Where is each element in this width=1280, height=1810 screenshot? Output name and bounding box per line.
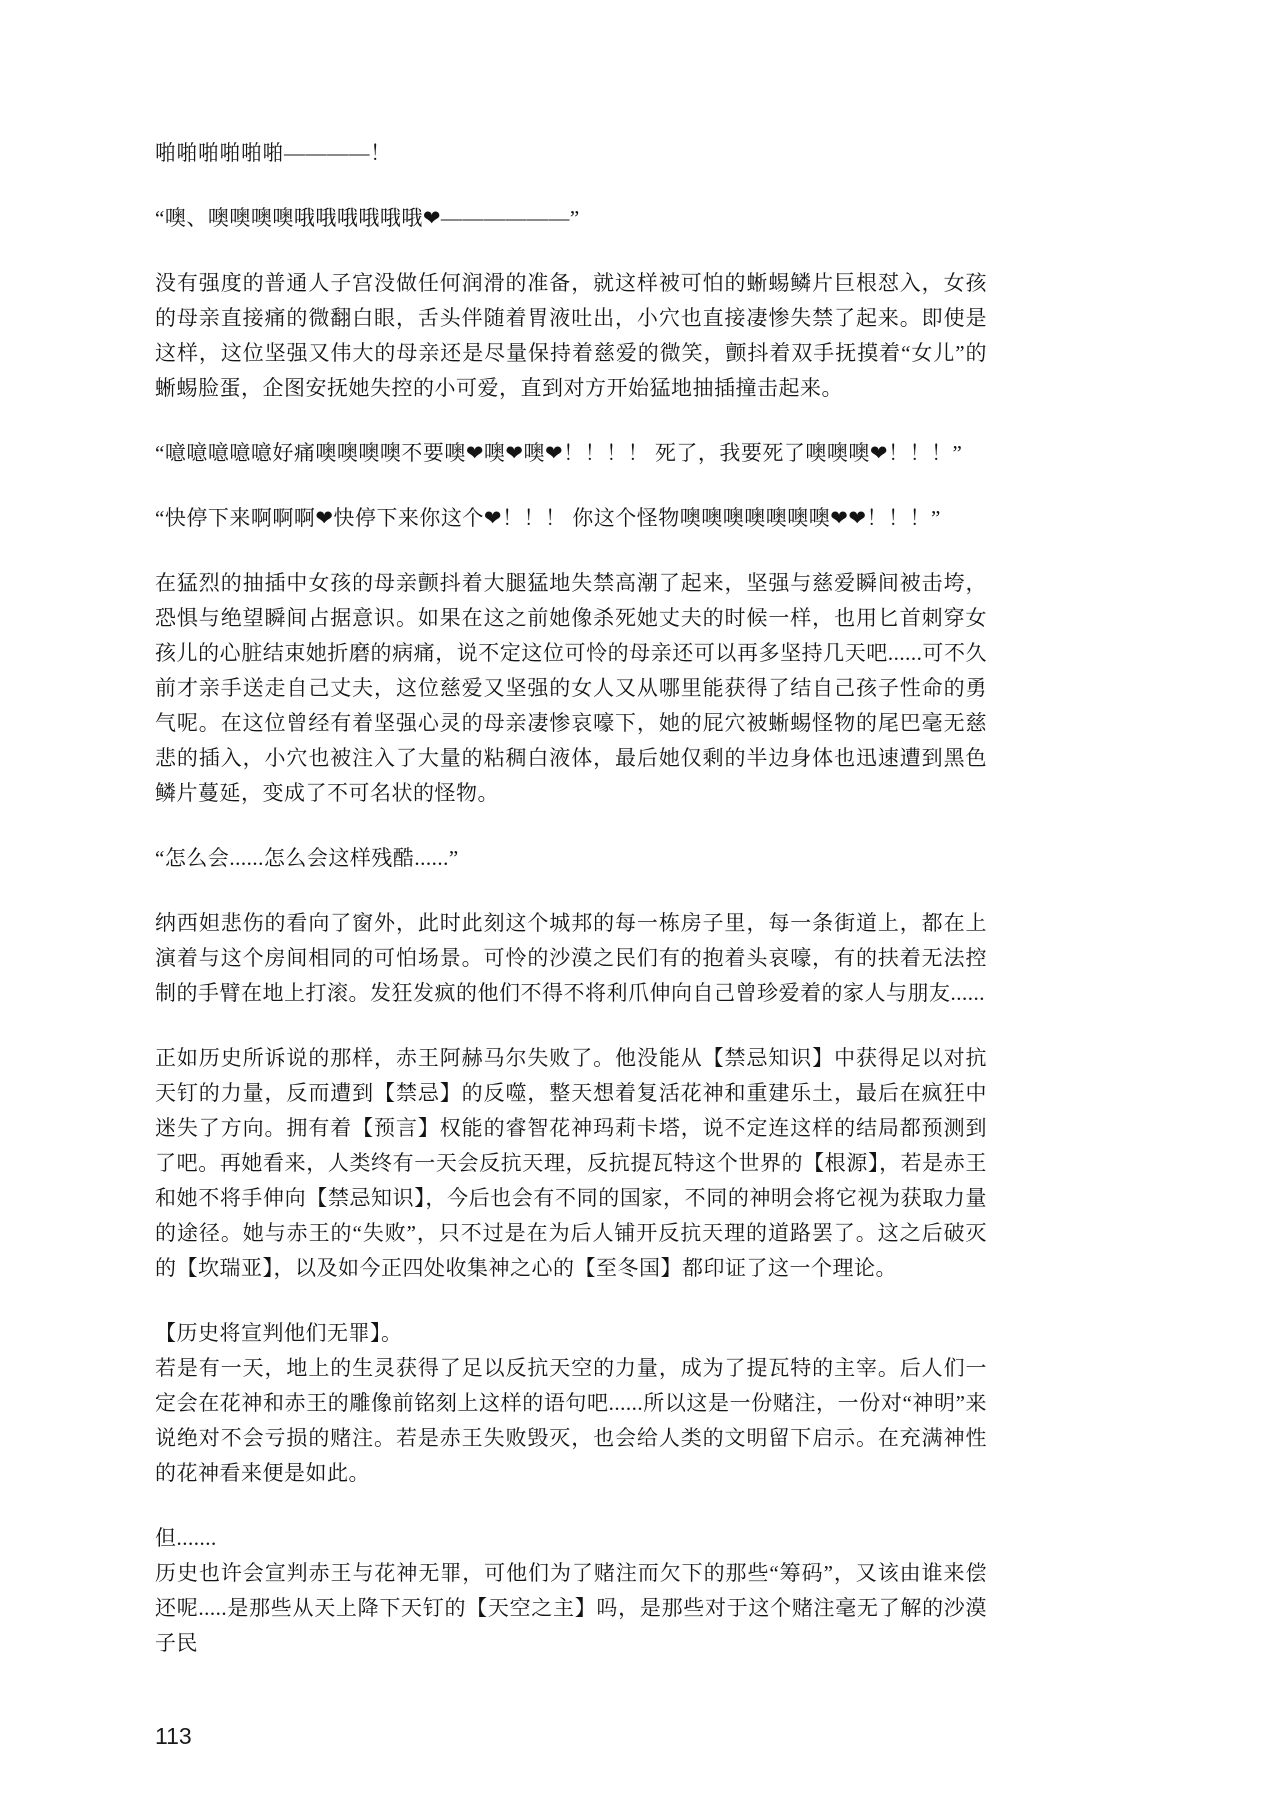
paragraph: “快停下来啊啊啊❤快停下来你这个❤！！！ 你这个怪物噢噢噢噢噢噢噢❤❤！！！”	[155, 501, 987, 536]
paragraph: 【历史将宣判他们无罪】。若是有一天，地上的生灵获得了足以反抗天空的力量，成为了提…	[155, 1316, 987, 1491]
paragraph: 啪啪啪啪啪啪————！	[155, 136, 987, 171]
paragraph: “怎么会......怎么会这样残酷......”	[155, 841, 987, 876]
paragraph-line: 【历史将宣判他们无罪】。	[155, 1316, 987, 1351]
paragraph-line: “噢、噢噢噢噢哦哦哦哦哦哦❤——————”	[155, 201, 987, 236]
paragraph-line: 正如历史所诉说的那样，赤王阿赫马尔失败了。他没能从【禁忌知识】中获得足以对抗天钉…	[155, 1041, 987, 1286]
paragraph: 但.......历史也许会宣判赤王与花神无罪，可他们为了赌注而欠下的那些“筹码”…	[155, 1521, 987, 1661]
paragraph-line: 纳西妲悲伤的看向了窗外，此时此刻这个城邦的每一栋房子里，每一条街道上，都在上演着…	[155, 906, 987, 1011]
paragraph: 没有强度的普通人子宫没做任何润滑的准备，就这样被可怕的蜥蜴鳞片巨根怼入，女孩的母…	[155, 266, 987, 406]
paragraph: 纳西妲悲伤的看向了窗外，此时此刻这个城邦的每一栋房子里，每一条街道上，都在上演着…	[155, 906, 987, 1011]
page-number: 113	[155, 1723, 192, 1750]
paragraph-line: “快停下来啊啊啊❤快停下来你这个❤！！！ 你这个怪物噢噢噢噢噢噢噢❤❤！！！”	[155, 501, 987, 536]
paragraph-line: 历史也许会宣判赤王与花神无罪，可他们为了赌注而欠下的那些“筹码”，又该由谁来偿还…	[155, 1556, 987, 1661]
paragraph-line: “怎么会......怎么会这样残酷......”	[155, 841, 987, 876]
paragraph-line: 在猛烈的抽插中女孩的母亲颤抖着大腿猛地失禁高潮了起来，坚强与慈爱瞬间被击垮，恐惧…	[155, 566, 987, 811]
paragraph: “噫噫噫噫噫好痛噢噢噢噢不要噢❤噢❤噢❤！！！！ 死了，我要死了噢噢噢❤！！！”	[155, 436, 987, 471]
text-body: 啪啪啪啪啪啪————！“噢、噢噢噢噢哦哦哦哦哦哦❤——————”没有强度的普通人…	[155, 136, 987, 1691]
paragraph-line: 但.......	[155, 1521, 987, 1556]
paragraph: 在猛烈的抽插中女孩的母亲颤抖着大腿猛地失禁高潮了起来，坚强与慈爱瞬间被击垮，恐惧…	[155, 566, 987, 811]
paragraph-line: 没有强度的普通人子宫没做任何润滑的准备，就这样被可怕的蜥蜴鳞片巨根怼入，女孩的母…	[155, 266, 987, 406]
document-page: 啪啪啪啪啪啪————！“噢、噢噢噢噢哦哦哦哦哦哦❤——————”没有强度的普通人…	[0, 0, 1280, 1810]
paragraph: 正如历史所诉说的那样，赤王阿赫马尔失败了。他没能从【禁忌知识】中获得足以对抗天钉…	[155, 1041, 987, 1286]
paragraph: “噢、噢噢噢噢哦哦哦哦哦哦❤——————”	[155, 201, 987, 236]
paragraph-line: 啪啪啪啪啪啪————！	[155, 136, 987, 171]
paragraph-line: “噫噫噫噫噫好痛噢噢噢噢不要噢❤噢❤噢❤！！！！ 死了，我要死了噢噢噢❤！！！”	[155, 436, 987, 471]
paragraph-line: 若是有一天，地上的生灵获得了足以反抗天空的力量，成为了提瓦特的主宰。后人们一定会…	[155, 1351, 987, 1491]
